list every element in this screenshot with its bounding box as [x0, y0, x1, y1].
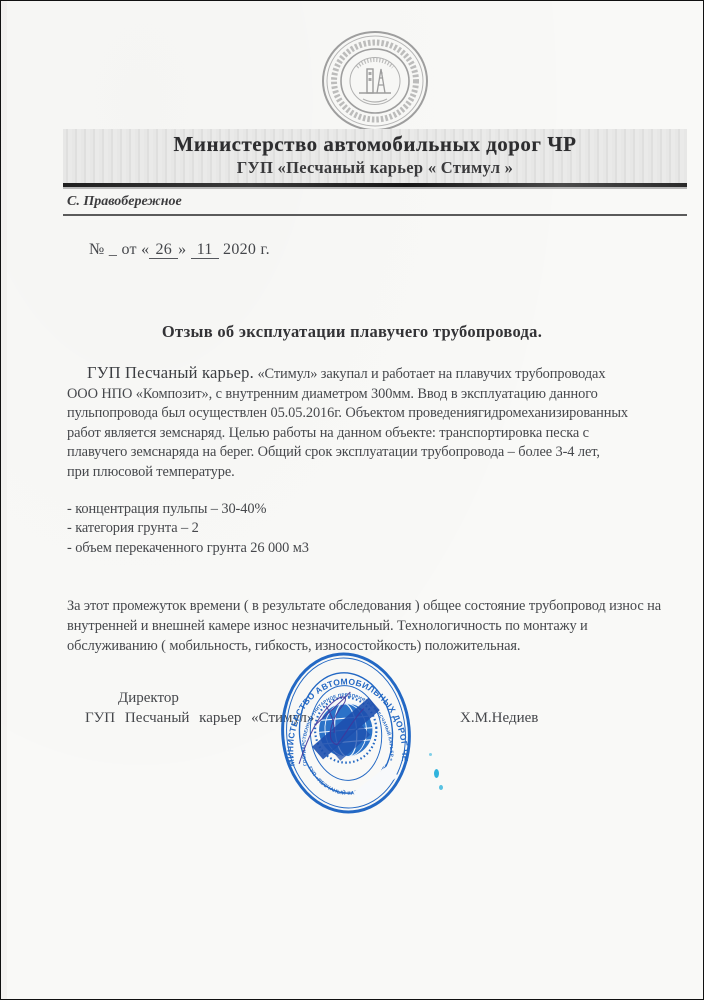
- date-prefix: № _ от «: [89, 241, 149, 258]
- paragraph-1-line: плавучего земснаряда на берег. Общий сро…: [67, 443, 677, 463]
- ink-speck: [439, 785, 443, 790]
- letterhead-rule-thin: [63, 214, 687, 216]
- date-day: 26: [149, 241, 178, 259]
- date-close-quote: »: [178, 241, 186, 258]
- paragraph-1-line: ООО НПО «Композит», с внутренним диаметр…: [67, 385, 677, 405]
- paragraph-1-line: ГУП Песчаный карьер. «Стимул» закупал и …: [67, 363, 677, 385]
- ministry-title: Министерство автомобильных дорог ЧР: [63, 132, 687, 157]
- ink-speck: [434, 769, 439, 778]
- list-item: - объем перекаченного грунта 26 000 м3: [67, 539, 677, 559]
- parameters-list: - концентрация пульпы – 30-40% - категор…: [67, 500, 677, 559]
- document-number-date: № _ от «26» 11 2020 г.: [89, 241, 270, 259]
- signature-role: Директор: [118, 690, 179, 707]
- document-body: ГУП Песчаный карьер. «Стимул» закупал и …: [67, 363, 677, 656]
- paragraph-2-line: За этот промежуток времени ( в результат…: [67, 597, 677, 617]
- paragraph-1-line: работ является земснаряд. Целью работы н…: [67, 424, 677, 444]
- signature-name: Х.М.Недиев: [460, 710, 538, 727]
- ink-speck: [429, 753, 432, 756]
- date-month: 11: [191, 241, 219, 259]
- date-year: 2020 г.: [223, 241, 270, 258]
- document-title: Отзыв об эксплуатации плавучего трубопро…: [1, 322, 703, 342]
- letterhead-band: Министерство автомобильных дорог ЧР ГУП …: [63, 129, 687, 183]
- list-item: - концентрация пульпы – 30-40%: [67, 500, 677, 520]
- sender-location: С. Правобережное: [67, 194, 182, 210]
- chechen-republic-emblem-icon: [319, 29, 431, 133]
- paragraph-1-line: при плюсовой температуре.: [67, 463, 677, 483]
- paragraph-1-text: «Стимул» закупал и работает на плавучих …: [254, 366, 605, 382]
- paragraph-1-line: пульпопровода был осуществлен 05.05.2016…: [67, 404, 677, 424]
- paragraph-2-line: внутренней и внешней камере износ незнач…: [67, 617, 677, 637]
- scanned-letter-page: Министерство автомобильных дорог ЧР ГУП …: [0, 0, 704, 1000]
- letterhead-rule-thick: [63, 183, 687, 187]
- official-stamp-seal: МИНИСТЕРСТВО АВТОМОБИЛЬНЫХ ДОРОГ ЧЕЧЕНСК…: [271, 643, 421, 822]
- paragraph-1-lead: ГУП Песчаный карьер.: [87, 363, 254, 382]
- list-item: - категория грунта – 2: [67, 519, 677, 539]
- organization-title: ГУП «Песчаный карьер « Стимул »: [63, 158, 687, 178]
